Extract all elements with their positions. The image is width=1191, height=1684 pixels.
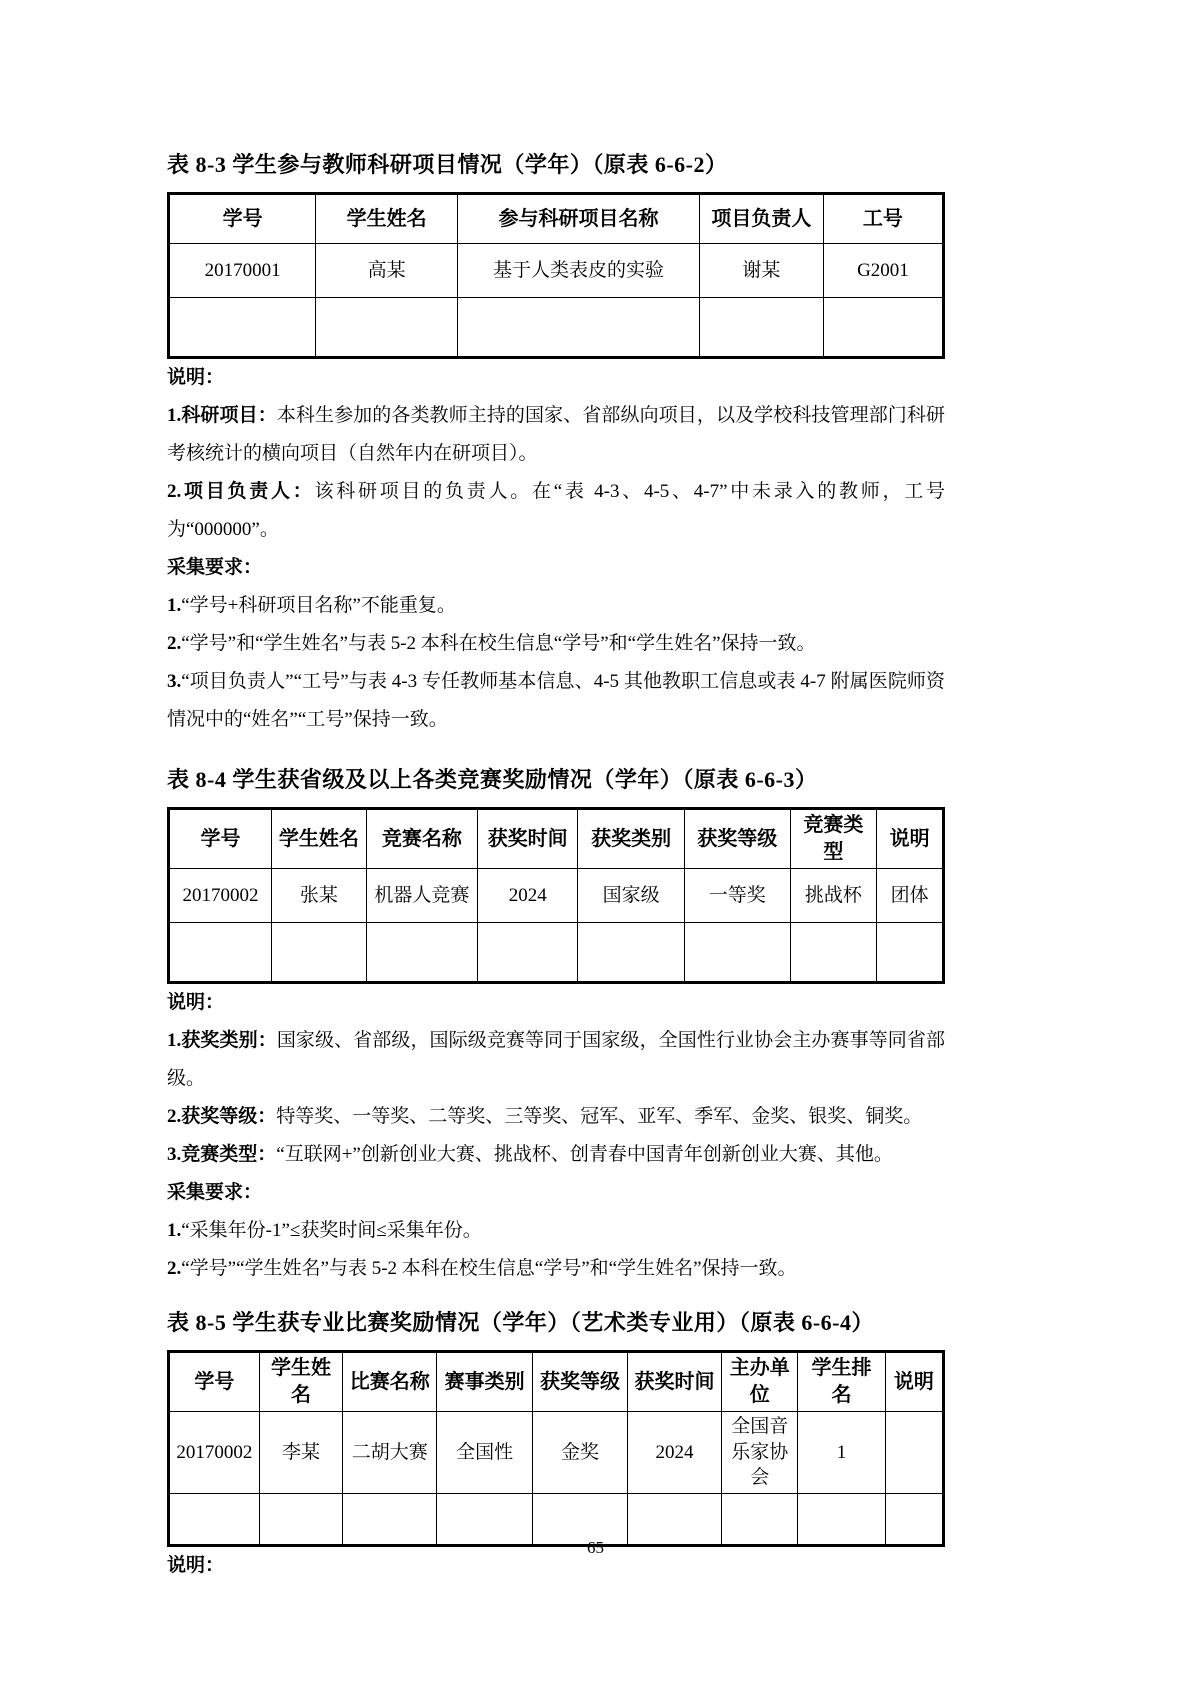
table-cell: 20170002 — [169, 1412, 260, 1494]
table-row — [169, 298, 944, 358]
table-8-3-title: 表 8-3 学生参与教师科研项目情况（学年）（原表 6-6-2） — [167, 150, 945, 180]
table-cell — [578, 923, 685, 983]
note-item: 2.获奖等级：特等奖、一等奖、二等奖、三等奖、冠军、亚军、季军、金奖、银奖、铜奖… — [167, 1098, 945, 1136]
collection-requirements-heading: 采集要求： — [167, 549, 945, 587]
note-text: 本科生参加的各类教师主持的国家、省部纵向项目，以及学校科技管理部门科研考核统计的… — [167, 405, 945, 464]
requirement-label: 1. — [167, 595, 181, 616]
page-number: 65 — [0, 1538, 1191, 1558]
requirement-text: “学号”和“学生姓名”与表 5-2 本科在校生信息“学号”和“学生姓名”保持一致… — [181, 633, 815, 654]
note-label: 2.获奖等级： — [167, 1106, 276, 1127]
column-header: 说明 — [877, 809, 944, 869]
column-header: 学号 — [169, 809, 272, 869]
note-label: 1.科研项目： — [167, 405, 277, 426]
table-cell — [478, 923, 578, 983]
table-cell: 机器人竞赛 — [366, 869, 478, 923]
table-cell — [885, 1412, 943, 1494]
column-header: 获奖时间 — [627, 1352, 722, 1412]
table-header-row: 学号 学生姓名 参与科研项目名称 项目负责人 工号 — [169, 194, 944, 244]
table-cell: 全国性 — [437, 1412, 533, 1494]
table-cell: 国家级 — [578, 869, 685, 923]
requirement-item: 2.“学号”和“学生姓名”与表 5-2 本科在校生信息“学号”和“学生姓名”保持… — [167, 625, 945, 663]
column-header: 竞赛名称 — [366, 809, 478, 869]
column-header: 学号 — [169, 1352, 260, 1412]
note-label: 2.项目负责人： — [167, 481, 314, 502]
note-item: 1.科研项目：本科生参加的各类教师主持的国家、省部纵向项目，以及学校科技管理部门… — [167, 397, 945, 473]
requirement-label: 3. — [167, 671, 181, 692]
table-cell: 金奖 — [533, 1412, 628, 1494]
note-label: 3.竞赛类型： — [167, 1144, 276, 1165]
table-cell: 李某 — [259, 1412, 343, 1494]
table-cell — [272, 923, 367, 983]
table-cell — [169, 298, 316, 358]
table-row: 20170001 高某 基于人类表皮的实验 谢某 G2001 — [169, 244, 944, 298]
requirement-text: “项目负责人”“工号”与表 4-3 专任教师基本信息、4-5 其他教职工信息或表… — [167, 671, 945, 730]
table-cell: 张某 — [272, 869, 367, 923]
requirement-item: 1.“学号+科研项目名称”不能重复。 — [167, 587, 945, 625]
table-cell: 1 — [798, 1412, 886, 1494]
table-cell: 挑战杯 — [790, 869, 877, 923]
table-cell — [877, 923, 944, 983]
requirement-item: 2.“学号”“学生姓名”与表 5-2 本科在校生信息“学号”和“学生姓名”保持一… — [167, 1250, 945, 1288]
column-header: 获奖时间 — [478, 809, 578, 869]
requirement-text: “学号”“学生姓名”与表 5-2 本科在校生信息“学号”和“学生姓名”保持一致。 — [181, 1258, 796, 1279]
table-row: 20170002 张某 机器人竞赛 2024 国家级 一等奖 挑战杯 团体 — [169, 869, 944, 923]
table-8-5: 学号 学生姓名 比赛名称 赛事类别 获奖等级 获奖时间 主办单位 学生排名 说明… — [167, 1350, 945, 1547]
column-header: 获奖等级 — [685, 809, 790, 869]
column-header: 学号 — [169, 194, 316, 244]
column-header: 主办单位 — [722, 1352, 798, 1412]
column-header: 获奖类别 — [578, 809, 685, 869]
table-cell — [316, 298, 458, 358]
document-page: 表 8-3 学生参与教师科研项目情况（学年）（原表 6-6-2） 学号 学生姓名… — [0, 0, 1191, 1684]
column-header: 比赛名称 — [343, 1352, 437, 1412]
requirement-label: 2. — [167, 633, 181, 654]
table-cell: 2024 — [478, 869, 578, 923]
note-text: 国家级、省部级，国际级竞赛等同于国家级，全国性行业协会主办赛事等同省部级。 — [167, 1030, 945, 1089]
requirement-text: “采集年份-1”≤获奖时间≤采集年份。 — [181, 1220, 482, 1241]
table-row: 20170002 李某 二胡大赛 全国性 金奖 2024 全国音乐家协会 1 — [169, 1412, 944, 1494]
table-cell: G2001 — [823, 244, 943, 298]
table-cell — [790, 923, 877, 983]
note-item: 1.获奖类别：国家级、省部级，国际级竞赛等同于国家级，全国性行业协会主办赛事等同… — [167, 1022, 945, 1098]
table-cell: 基于人类表皮的实验 — [458, 244, 700, 298]
note-label: 1.获奖类别： — [167, 1030, 277, 1051]
table-cell — [823, 298, 943, 358]
table-cell: 2024 — [627, 1412, 722, 1494]
table-8-3: 学号 学生姓名 参与科研项目名称 项目负责人 工号 20170001 高某 基于… — [167, 192, 945, 359]
table-cell: 20170002 — [169, 869, 272, 923]
table-8-4: 学号 学生姓名 竞赛名称 获奖时间 获奖类别 获奖等级 竞赛类型 说明 2017… — [167, 807, 945, 984]
table-cell — [685, 923, 790, 983]
column-header: 赛事类别 — [437, 1352, 533, 1412]
notes-heading: 说明： — [167, 359, 945, 397]
table-cell — [169, 923, 272, 983]
table-cell — [699, 298, 823, 358]
requirement-label: 2. — [167, 1258, 181, 1279]
note-text: “互联网+”创新创业大赛、挑战杯、创青春中国青年创新创业大赛、其他。 — [276, 1144, 893, 1165]
table-cell: 20170001 — [169, 244, 316, 298]
requirement-text: “学号+科研项目名称”不能重复。 — [181, 595, 456, 616]
note-text: 特等奖、一等奖、二等奖、三等奖、冠军、亚军、季军、金奖、银奖、铜奖。 — [276, 1106, 922, 1127]
column-header: 项目负责人 — [699, 194, 823, 244]
table-cell: 一等奖 — [685, 869, 790, 923]
table-cell: 谢某 — [699, 244, 823, 298]
column-header: 学生姓名 — [272, 809, 367, 869]
column-header: 获奖等级 — [533, 1352, 628, 1412]
requirement-label: 1. — [167, 1220, 181, 1241]
table-cell: 团体 — [877, 869, 944, 923]
collection-requirements-heading: 采集要求： — [167, 1174, 945, 1212]
column-header: 工号 — [823, 194, 943, 244]
table-cell: 高某 — [316, 244, 458, 298]
column-header: 参与科研项目名称 — [458, 194, 700, 244]
note-item: 3.竞赛类型：“互联网+”创新创业大赛、挑战杯、创青春中国青年创新创业大赛、其他… — [167, 1136, 945, 1174]
requirement-item: 1.“采集年份-1”≤获奖时间≤采集年份。 — [167, 1212, 945, 1250]
column-header: 学生排名 — [798, 1352, 886, 1412]
column-header: 学生姓名 — [259, 1352, 343, 1412]
column-header: 学生姓名 — [316, 194, 458, 244]
note-item: 2.项目负责人：该科研项目的负责人。在“表 4-3、4-5、4-7”中未录入的教… — [167, 473, 945, 549]
table-cell: 二胡大赛 — [343, 1412, 437, 1494]
table-row — [169, 923, 944, 983]
table-header-row: 学号 学生姓名 竞赛名称 获奖时间 获奖类别 获奖等级 竞赛类型 说明 — [169, 809, 944, 869]
page-content: 表 8-3 学生参与教师科研项目情况（学年）（原表 6-6-2） 学号 学生姓名… — [167, 0, 945, 1585]
table-8-5-title: 表 8-5 学生获专业比赛奖励情况（学年）（艺术类专业用）（原表 6-6-4） — [167, 1308, 945, 1338]
column-header: 竞赛类型 — [790, 809, 877, 869]
requirement-item: 3.“项目负责人”“工号”与表 4-3 专任教师基本信息、4-5 其他教职工信息… — [167, 663, 945, 739]
column-header: 说明 — [885, 1352, 943, 1412]
table-cell — [366, 923, 478, 983]
notes-heading: 说明： — [167, 984, 945, 1022]
table-8-4-title: 表 8-4 学生获省级及以上各类竞赛奖励情况（学年）（原表 6-6-3） — [167, 765, 945, 795]
table-cell — [458, 298, 700, 358]
table-header-row: 学号 学生姓名 比赛名称 赛事类别 获奖等级 获奖时间 主办单位 学生排名 说明 — [169, 1352, 944, 1412]
table-cell: 全国音乐家协会 — [722, 1412, 798, 1494]
